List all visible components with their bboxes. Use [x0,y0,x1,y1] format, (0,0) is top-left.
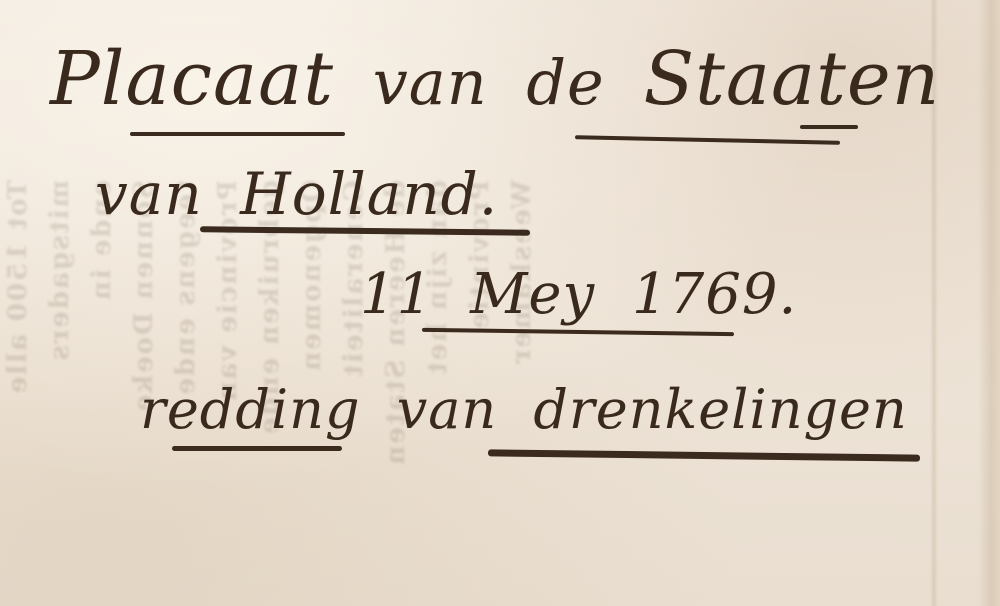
handwritten-line-4: redding van drenkelingen [140,378,926,441]
underline-placaat [130,132,345,136]
word-placaat: Placaat [50,36,334,122]
word-van: van [397,378,497,441]
date-month: Mey [470,262,595,327]
paper-edge [978,0,1000,606]
handwritten-line-3-date: 11 Mey 1769. [360,262,815,327]
underline-staaten [575,135,840,145]
date-year: 1769. [632,262,797,327]
document-photo: Tot 1500 alle mitsgaders ende in Sonnen … [0,0,1000,606]
bleed-column: mitsgaders [42,180,78,606]
handwritten-line-1: Placaat van de Staaten [50,36,958,122]
word-van: van [373,46,488,119]
word-redding: redding [140,378,361,441]
handwritten-line-2: van Holland. [95,160,516,228]
bleed-column: Tot 1500 alle [0,180,36,606]
word-holland: Holland. [240,160,498,228]
underline-redding [172,446,342,451]
word-drenkelingen: drenkelingen [533,378,907,441]
word-de: de [526,46,604,119]
date-day: 11 [360,262,433,327]
word-staaten: Staaten [643,36,940,122]
bleed-column: ende in [84,180,120,606]
word-van: van [95,160,203,228]
staaten-tail-stroke [800,125,858,129]
